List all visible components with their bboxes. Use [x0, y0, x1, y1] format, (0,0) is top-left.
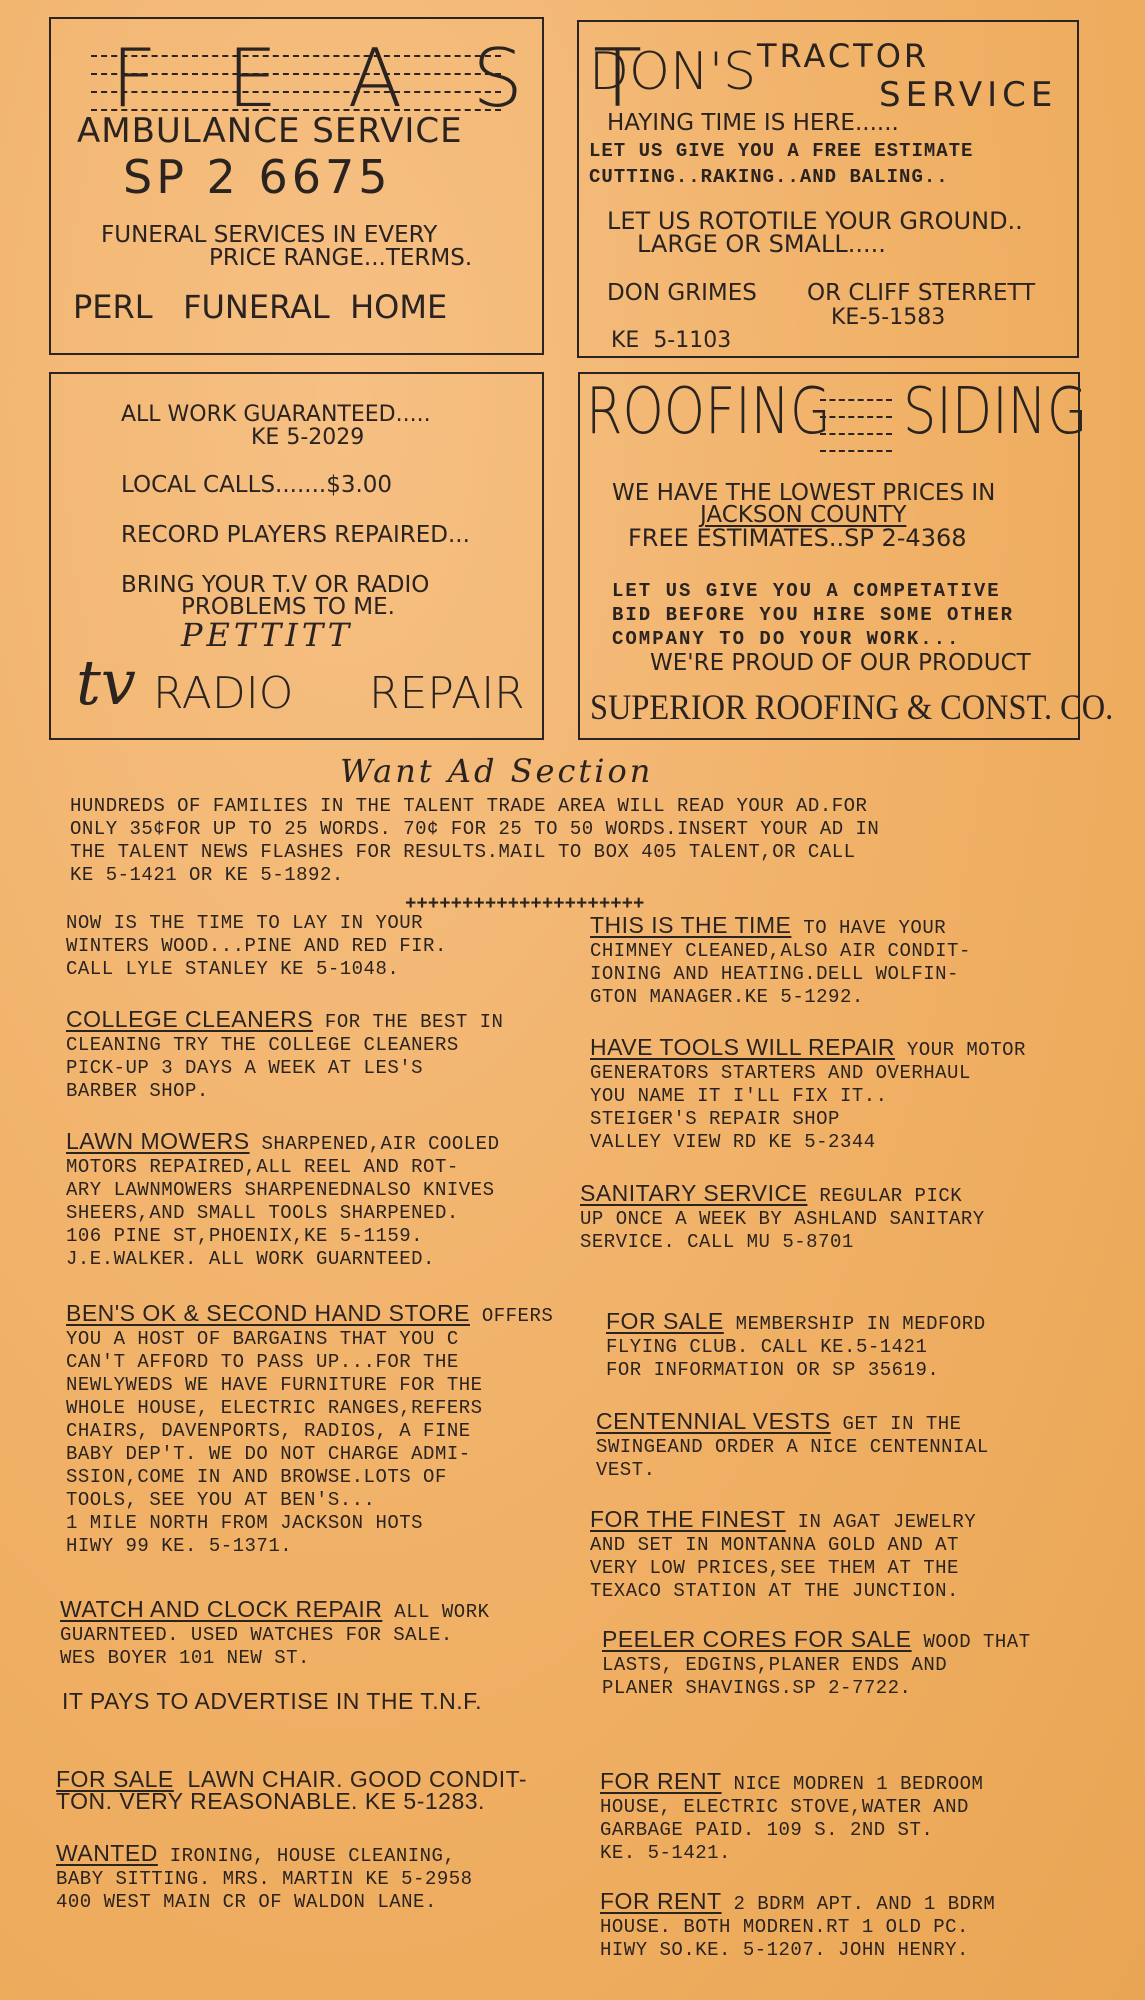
tv-line-1: ALL WORK GUARANTEED..... [121, 404, 431, 426]
feast-logo: FEAST [81, 33, 501, 113]
ad-line: VALLEY VIEW RD KE 5-2344 [590, 1131, 1026, 1154]
want-ad-bens-store: BEN'S OK & SECOND HAND STORE OFFERS YOU … [66, 1302, 553, 1558]
ad-line: AND SET IN MONTANNA GOLD AND AT [590, 1534, 976, 1557]
ad-line: IT PAYS TO ADVERTISE IN THE T.N.F. [62, 1690, 482, 1713]
ad-line: WHOLE HOUSE, ELECTRIC RANGES,REFERS [66, 1397, 553, 1420]
ad-line: J.E.WALKER. ALL WORK GUARNTEED. [66, 1248, 500, 1271]
tv-record-players: RECORD PLAYERS REPAIRED... [121, 524, 470, 547]
ad-line: 2 BDRM APT. AND 1 BDRM [722, 1893, 996, 1915]
roofing-line-6: COMPANY TO DO YOUR WORK... [612, 630, 960, 649]
ad-line: IONING AND HEATING.DELL WOLFIN- [590, 963, 971, 986]
ad-heading: CENTENNIAL VESTS [596, 1408, 831, 1434]
ad-line: ARY LAWNMOWERS SHARPENEDNALSO KNIVES [66, 1179, 500, 1202]
ad-line: BARBER SHOP. [66, 1080, 503, 1103]
ad-line: TON. VERY REASONABLE. KE 5-1283. [56, 1790, 527, 1812]
intro-line: ONLY 35¢FOR UP TO 25 WORDS. 70¢ FOR 25 T… [70, 818, 879, 841]
ambulance-phone: SP 2 6675 [123, 154, 392, 200]
ad-heading: THIS IS THE TIME [590, 912, 791, 938]
ad-heading: WANTED [56, 1840, 158, 1866]
ad-heading: FOR SALE [606, 1308, 724, 1334]
radio-word: RADIO [153, 672, 293, 716]
dons-line-5: LARGE OR SMALL..... [637, 232, 886, 256]
ad-line: CHAIRS, DAVENPORTS, RADIOS, A FINE [66, 1420, 553, 1443]
ad-line: CAN'T AFFORD TO PASS UP...FOR THE [66, 1351, 553, 1374]
ad-line: WES BOYER 101 NEW ST. [60, 1647, 490, 1670]
ad-line: PICK-UP 3 DAYS A WEEK AT LES'S [66, 1057, 503, 1080]
want-ad-centennial-vests: CENTENNIAL VESTS GET IN THE SWINGEAND OR… [596, 1410, 989, 1482]
ad-line: TEXACO STATION AT THE JUNCTION. [590, 1580, 976, 1603]
want-ad-tnf-slogan: IT PAYS TO ADVERTISE IN THE T.N.F. [62, 1690, 482, 1713]
dons-phone-cliff: KE-5-1583 [831, 307, 945, 329]
ad-line: SWINGEAND ORDER A NICE CENTENNIAL [596, 1436, 989, 1459]
tv-owner-name: PETTITT [181, 619, 353, 651]
ad-line: NEWLYWEDS WE HAVE FURNITURE FOR THE [66, 1374, 553, 1397]
dons-title-tractor: TRACTOR [757, 40, 929, 72]
want-ad-firewood: NOW IS THE TIME TO LAY IN YOUR WINTERS W… [66, 912, 447, 981]
ad-line: FOR THE BEST IN [313, 1011, 503, 1033]
ad-heading: SANITARY SERVICE [580, 1180, 807, 1206]
ad-box-feast-ambulance: FEAST AMBULANCE SERVICE SP 2 6675 FUNERA… [49, 17, 544, 355]
ad-line: MOTORS REPAIRED,ALL REEL AND ROT- [66, 1156, 500, 1179]
ad-line: SERVICE. CALL MU 5-8701 [580, 1231, 985, 1254]
dons-phone-don: KE 5-1103 [611, 330, 731, 352]
ad-line: VERY LOW PRICES,SEE THEM AT THE [590, 1557, 976, 1580]
funeral-home-name: PERL FUNERAL HOME [73, 291, 447, 323]
dons-contact-don: DON GRIMES [607, 282, 757, 305]
ad-heading: FOR RENT [600, 1768, 722, 1794]
ad-heading: PEELER CORES FOR SALE [602, 1626, 912, 1652]
ad-heading: LAWN MOWERS [66, 1128, 250, 1154]
ad-line: REGULAR PICK [807, 1185, 962, 1207]
ad-line: BABY DEP'T. WE DO NOT CHARGE ADMI- [66, 1443, 553, 1466]
ad-line: GTON MANAGER.KE 5-1292. [590, 986, 971, 1009]
tv-local-calls: LOCAL CALLS.......$3.00 [121, 474, 392, 497]
siding-title: SIDING [903, 380, 1088, 444]
ad-box-dons-tractor: DON'S TRACTOR SERVICE HAYING TIME IS HER… [577, 20, 1079, 358]
ad-heading: HAVE TOOLS WILL REPAIR [590, 1034, 895, 1060]
intro-line: KE 5-1421 OR KE 5-1892. [70, 864, 879, 887]
ad-line: VEST. [596, 1459, 989, 1482]
ad-line: PLANER SHAVINGS.SP 2-7722. [602, 1677, 1031, 1700]
want-ad-section-title: Want Ad Section [340, 755, 653, 787]
ad-line: FOR INFORMATION OR SP 35619. [606, 1359, 986, 1382]
ad-line: IRONING, HOUSE CLEANING, [158, 1845, 456, 1867]
want-ad-jewelry: FOR THE FINEST IN AGAT JEWELRY AND SET I… [590, 1508, 976, 1603]
want-ad-flying-club: FOR SALE MEMBERSHIP IN MEDFORD FLYING CL… [606, 1310, 986, 1382]
roofing-company: SUPERIOR ROOFING & CONST. CO. [590, 689, 1113, 725]
ad-line: BABY SITTING. MRS. MARTIN KE 5-2958 [56, 1868, 473, 1891]
ad-line: YOU A HOST OF BARGAINS THAT YOU C [66, 1328, 553, 1351]
ad-line: SSION,COME IN AND BROWSE.LOTS OF [66, 1466, 553, 1489]
ad-line: OFFERS [470, 1305, 553, 1327]
ad-box-tv-radio-repair: ALL WORK GUARANTEED..... KE 5-2029 LOCAL… [49, 372, 544, 740]
ad-line: SHEERS,AND SMALL TOOLS SHARPENED. [66, 1202, 500, 1225]
ad-line: STEIGER'S REPAIR SHOP [590, 1108, 1026, 1131]
dons-line-1: HAYING TIME IS HERE...... [607, 112, 899, 135]
want-ad-chimney: THIS IS THE TIME TO HAVE YOUR CHIMNEY CL… [590, 914, 971, 1009]
repair-word: REPAIR [369, 672, 525, 716]
ad-line: UP ONCE A WEEK BY ASHLAND SANITARY [580, 1208, 985, 1231]
ad-line: CALL LYLE STANLEY KE 5-1048. [66, 958, 447, 981]
want-ad-watch-repair: WATCH AND CLOCK REPAIR ALL WORK GUARNTEE… [60, 1598, 490, 1670]
ad-line: CLEANING TRY THE COLLEGE CLEANERS [66, 1034, 503, 1057]
ad-line: HIWY 99 KE. 5-1371. [66, 1535, 553, 1558]
ad-line: GUARNTEED. USED WATCHES FOR SALE. [60, 1624, 490, 1647]
ad-line: IN AGAT JEWELRY [786, 1511, 976, 1533]
want-ad-college-cleaners: COLLEGE CLEANERS FOR THE BEST IN CLEANIN… [66, 1008, 503, 1103]
want-ad-tools-repair: HAVE TOOLS WILL REPAIR YOUR MOTOR GENERA… [590, 1036, 1026, 1154]
want-ad-lawn-chair: FOR SALE LAWN CHAIR. GOOD CONDIT- TON. V… [56, 1768, 527, 1812]
ad-line: HOUSE, ELECTRIC STOVE,WATER AND [600, 1796, 983, 1819]
dons-line-3: CUTTING..RAKING..AND BALING.. [589, 168, 949, 187]
roofing-line-4: LET US GIVE YOU A COMPETATIVE [612, 582, 1001, 601]
ad-line: MEMBERSHIP IN MEDFORD [724, 1313, 986, 1335]
ad-line: 400 WEST MAIN CR OF WALDON LANE. [56, 1891, 473, 1914]
want-ad-peeler-cores: PEELER CORES FOR SALE WOOD THAT LASTS, E… [602, 1628, 1031, 1700]
ad-line: WOOD THAT [912, 1631, 1031, 1653]
ad-line: YOU NAME IT I'LL FIX IT.. [590, 1085, 1026, 1108]
ad-line: CHIMNEY CLEANED,ALSO AIR CONDIT- [590, 940, 971, 963]
ad-heading: FOR THE FINEST [590, 1506, 786, 1532]
ad-line: GET IN THE [831, 1413, 962, 1435]
dons-name: DON'S [589, 46, 756, 98]
ad-line: HOUSE. BOTH MODREN.RT 1 OLD PC. [600, 1916, 995, 1939]
ad-line: GENERATORS STARTERS AND OVERHAUL [590, 1062, 1026, 1085]
roofing-title: ROOFING [586, 380, 831, 444]
intro-line: HUNDREDS OF FAMILIES IN THE TALENT TRADE… [70, 795, 879, 818]
ad-line: FLYING CLUB. CALL KE.5-1421 [606, 1336, 986, 1359]
roofing-estimates: FREE ESTIMATES..SP 2-4368 [628, 526, 967, 550]
ad-heading: COLLEGE CLEANERS [66, 1006, 313, 1032]
ad-line: 1 MILE NORTH FROM JACKSON HOTS [66, 1512, 553, 1535]
want-ad-for-rent-apt: FOR RENT 2 BDRM APT. AND 1 BDRM HOUSE. B… [600, 1890, 995, 1962]
ad-line: NICE MODREN 1 BEDROOM [722, 1773, 984, 1795]
dons-line-2: LET US GIVE YOU A FREE ESTIMATE [589, 142, 973, 161]
roofing-line-7: WE'RE PROUD OF OUR PRODUCT [650, 652, 1031, 675]
want-ad-sanitary: SANITARY SERVICE REGULAR PICK UP ONCE A … [580, 1182, 985, 1254]
ad-line: KE. 5-1421. [600, 1842, 983, 1865]
dons-contact-cliff: OR CLIFF STERRETT [807, 282, 1035, 305]
ad-line: TO HAVE YOUR [791, 917, 946, 939]
ad-line: YOUR MOTOR [895, 1039, 1026, 1061]
ad-heading: BEN'S OK & SECOND HAND STORE [66, 1300, 470, 1326]
dons-title-service: SERVICE [879, 78, 1057, 112]
funeral-line-2: PRICE RANGE...TERMS. [209, 247, 472, 270]
intro-line: THE TALENT NEWS FLASHES FOR RESULTS.MAIL… [70, 841, 879, 864]
ambulance-title: AMBULANCE SERVICE [77, 114, 463, 148]
ad-heading: FOR RENT [600, 1888, 722, 1914]
ad-line: NOW IS THE TIME TO LAY IN YOUR [66, 912, 447, 935]
roofing-line-5: BID BEFORE YOU HIRE SOME OTHER [612, 606, 1014, 625]
want-ad-intro: HUNDREDS OF FAMILIES IN THE TALENT TRADE… [70, 795, 879, 887]
ad-box-roofing-siding: ROOFING SIDING WE HAVE THE LOWEST PRICES… [578, 372, 1080, 740]
ad-line: ALL WORK [382, 1601, 489, 1623]
ad-heading: WATCH AND CLOCK REPAIR [60, 1596, 382, 1622]
ad-line: SHARPENED,AIR COOLED [250, 1133, 500, 1155]
ad-line: LASTS, EDGINS,PLANER ENDS AND [602, 1654, 1031, 1677]
ad-line: GARBAGE PAID. 109 S. 2ND ST. [600, 1819, 983, 1842]
want-ad-for-rent-house: FOR RENT NICE MODREN 1 BEDROOM HOUSE, EL… [600, 1770, 983, 1865]
ad-line: TOOLS, SEE YOU AT BEN'S... [66, 1489, 553, 1512]
ad-line: HIWY SO.KE. 5-1207. JOHN HENRY. [600, 1939, 995, 1962]
ad-line: WINTERS WOOD...PINE AND RED FIR. [66, 935, 447, 958]
tv-phone: KE 5-2029 [251, 427, 364, 449]
ad-line: 106 PINE ST,PHOENIX,KE 5-1159. [66, 1225, 500, 1248]
want-ad-lawn-mowers: LAWN MOWERS SHARPENED,AIR COOLED MOTORS … [66, 1130, 500, 1271]
tv-mark: tv [76, 652, 136, 714]
want-ad-wanted-ironing: WANTED IRONING, HOUSE CLEANING, BABY SIT… [56, 1842, 473, 1914]
funeral-line-1: FUNERAL SERVICES IN EVERY [101, 224, 437, 247]
